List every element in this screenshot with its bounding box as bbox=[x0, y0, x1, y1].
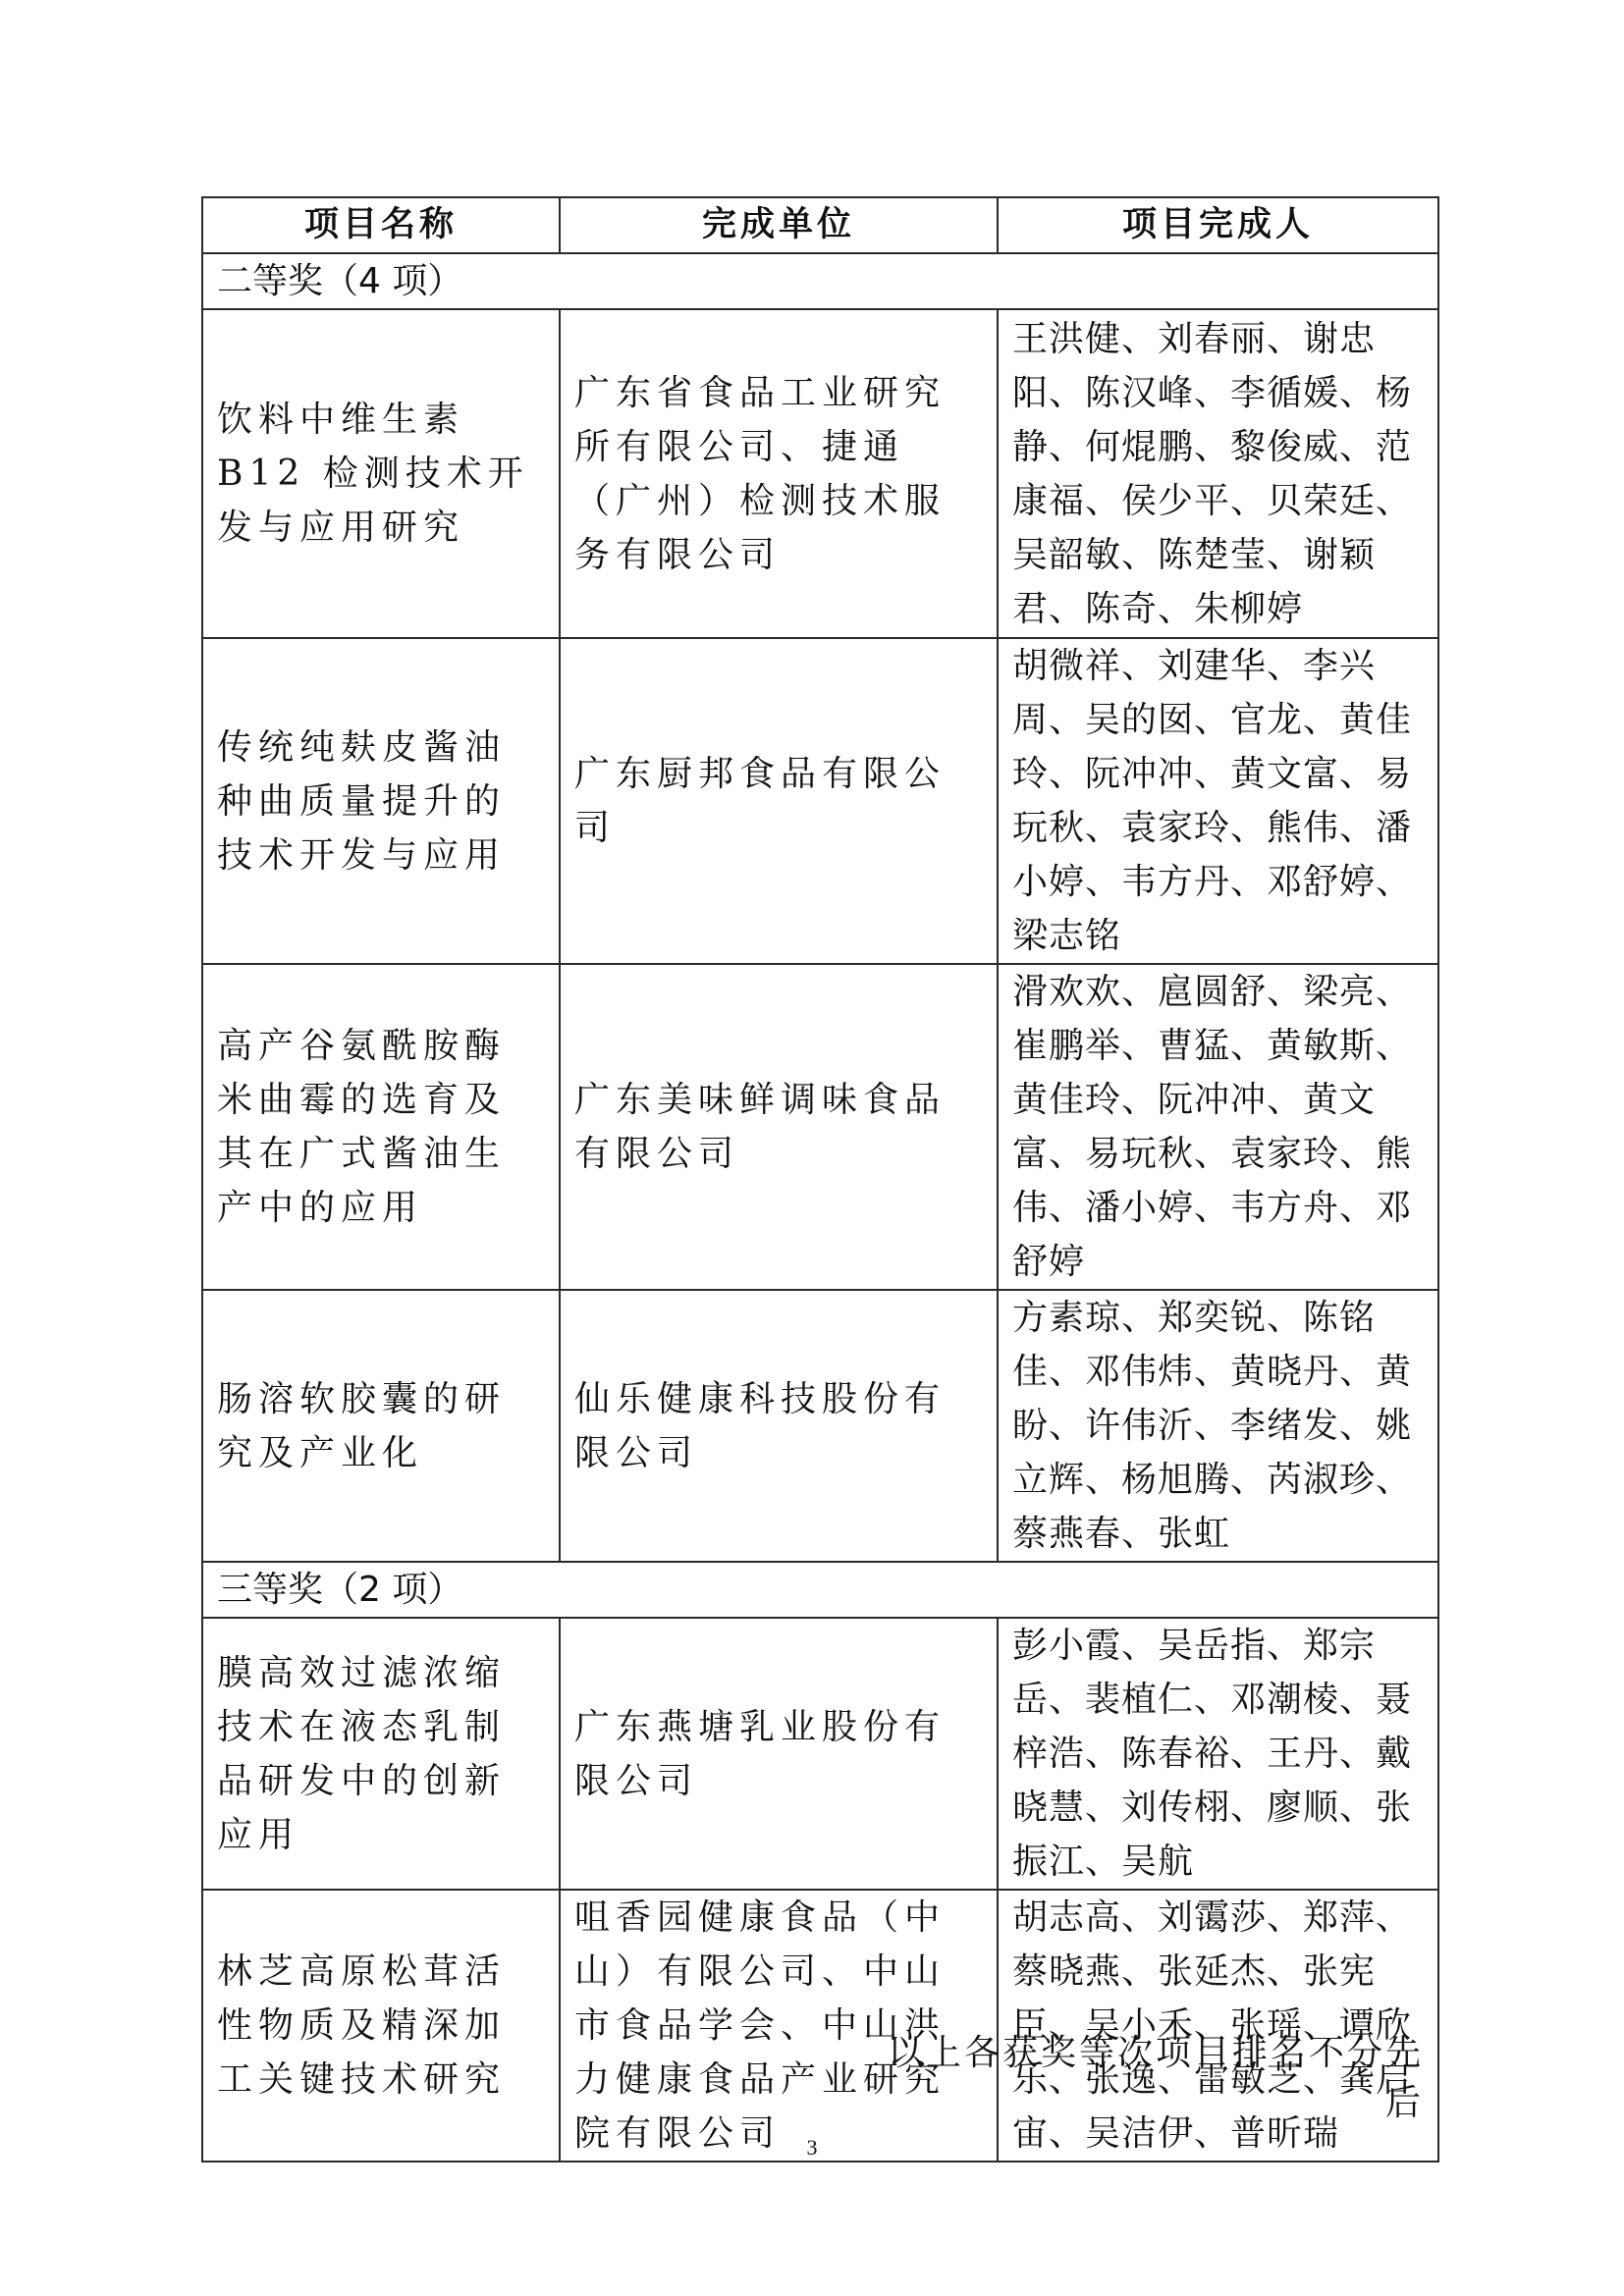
section-row-third-prize: 三等奖（2 项） bbox=[202, 1562, 1438, 1618]
table-row: 传统纯麸皮酱油种曲质量提升的技术开发与应用 广东厨邦食品有限公司 胡微祥、刘建华… bbox=[202, 638, 1438, 964]
table-row: 肠溶软胶囊的研究及产业化 仙乐健康科技股份有限公司 方素琼、郑奕锐、陈铭佳、邓伟… bbox=[202, 1290, 1438, 1562]
section-title: 三等奖（2 项） bbox=[202, 1562, 1438, 1618]
completers-cell: 方素琼、郑奕锐、陈铭佳、邓伟炜、黄晓丹、黄盼、许伟沂、李绪发、姚立辉、杨旭腾、芮… bbox=[998, 1290, 1438, 1562]
project-name-cell: 林芝高原松茸活性物质及精深加工关键技术研究 bbox=[202, 1890, 560, 2162]
project-name-cell: 传统纯麸皮酱油种曲质量提升的技术开发与应用 bbox=[202, 638, 560, 964]
project-name-cell: 肠溶软胶囊的研究及产业化 bbox=[202, 1290, 560, 1562]
completers-cell: 王洪健、刘春丽、谢忠阳、陈汉峰、李循媛、杨静、何焜鹏、黎俊威、范康福、侯少平、贝… bbox=[998, 309, 1438, 638]
completers-cell: 彭小霞、吴岳指、郑宗岳、裴植仁、邓潮棱、聂梓浩、陈春裕、王丹、戴晓慧、刘传栩、廖… bbox=[998, 1618, 1438, 1890]
completing-unit-cell: 广东美味鲜调味食品有限公司 bbox=[560, 964, 998, 1290]
table-row: 膜高效过滤浓缩技术在液态乳制品研发中的创新应用 广东燕塘乳业股份有限公司 彭小霞… bbox=[202, 1618, 1438, 1890]
completers-cell: 滑欢欢、扈圆舒、梁亮、崔鹏举、曹猛、黄敏斯、黄佳玲、阮冲冲、黄文富、易玩秋、袁家… bbox=[998, 964, 1438, 1290]
project-name-cell: 饮料中维生素 B12 检测技术开发与应用研究 bbox=[202, 309, 560, 638]
completing-unit-cell: 仙乐健康科技股份有限公司 bbox=[560, 1290, 998, 1562]
header-completers: 项目完成人 bbox=[998, 197, 1438, 253]
section-title: 二等奖（4 项） bbox=[202, 253, 1438, 309]
table-row: 饮料中维生素 B12 检测技术开发与应用研究 广东省食品工业研究所有限公司、捷通… bbox=[202, 309, 1438, 638]
project-name-cell: 高产谷氨酰胺酶米曲霉的选育及其在广式酱油生产中的应用 bbox=[202, 964, 560, 1290]
section-row-second-prize: 二等奖（4 项） bbox=[202, 253, 1438, 309]
page-number: 3 bbox=[0, 2135, 1624, 2161]
completing-unit-cell: 广东厨邦食品有限公司 bbox=[560, 638, 998, 964]
completing-unit-cell: 广东燕塘乳业股份有限公司 bbox=[560, 1618, 998, 1890]
header-completing-unit: 完成单位 bbox=[560, 197, 998, 253]
table-row: 高产谷氨酰胺酶米曲霉的选育及其在广式酱油生产中的应用 广东美味鲜调味食品有限公司… bbox=[202, 964, 1438, 1290]
header-project-name: 项目名称 bbox=[202, 197, 560, 253]
awards-table: 项目名称 完成单位 项目完成人 二等奖（4 项） 饮料中维生素 B12 检测技术… bbox=[201, 196, 1439, 2163]
project-name-cell: 膜高效过滤浓缩技术在液态乳制品研发中的创新应用 bbox=[202, 1618, 560, 1890]
table-header-row: 项目名称 完成单位 项目完成人 bbox=[202, 197, 1438, 253]
completing-unit-cell: 广东省食品工业研究所有限公司、捷通（广州）检测技术服务有限公司 bbox=[560, 309, 998, 638]
completers-cell: 胡微祥、刘建华、李兴周、吴的囡、官龙、黄佳玲、阮冲冲、黄文富、易玩秋、袁家玲、熊… bbox=[998, 638, 1438, 964]
ranking-footnote: 以上各获奖等次项目排名不分先后 bbox=[854, 2025, 1424, 2125]
